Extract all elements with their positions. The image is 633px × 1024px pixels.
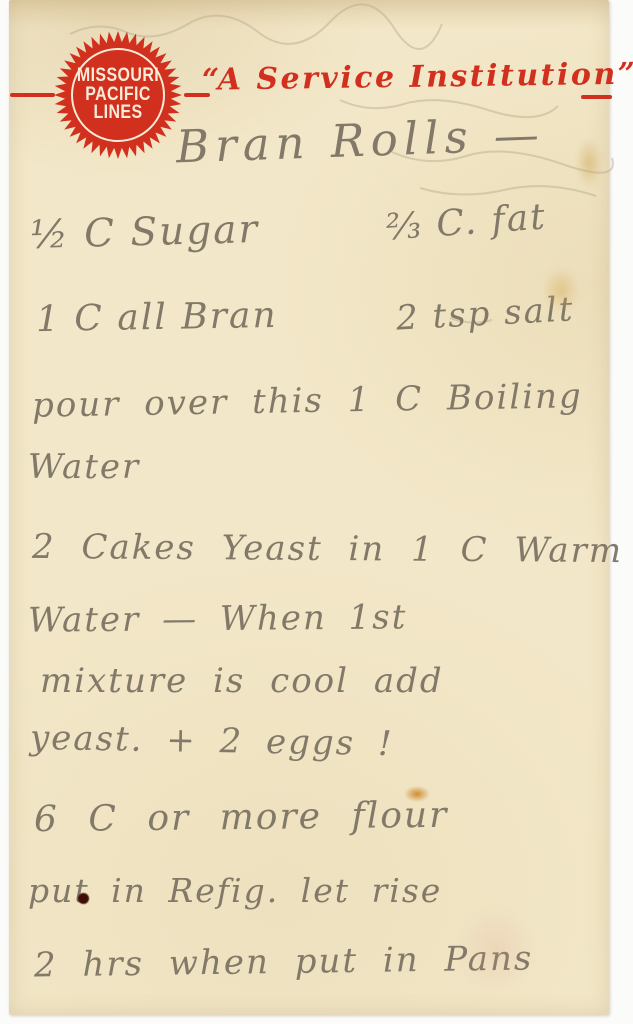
recipe-line-refig: put in Refig. let rise xyxy=(28,871,442,910)
logo-text: MISSOURI PACIFIC LINES xyxy=(74,43,161,147)
letterhead-rule-right xyxy=(581,95,612,99)
missouri-pacific-logo: MISSOURI PACIFIC LINES xyxy=(54,31,182,159)
recipe-line-bran: 1 C all Bran xyxy=(36,295,278,340)
scanned-recipe-card: { "letterhead": { "logo": { "line1": "MI… xyxy=(0,0,633,1024)
logo-disc: MISSOURI PACIFIC LINES xyxy=(66,43,170,147)
recipe-line-water1: Water xyxy=(28,447,140,487)
recipe-line-flour: 6 C or more flour xyxy=(34,795,449,840)
recipe-line-yeast: 2 Cakes Yeast in 1 C Warm xyxy=(32,527,623,571)
logo-line-3: LINES xyxy=(93,104,142,123)
recipe-line-mixture: mixture is cool add xyxy=(40,661,444,701)
recipe-line-eggs: yeast. + 2 eggs ! xyxy=(30,718,394,764)
recipe-line-water2: Water — When 1st xyxy=(28,597,408,640)
logo-line-1: MISSOURI xyxy=(77,67,159,86)
recipe-line-sugar: ½ C Sugar xyxy=(29,207,259,258)
letterhead-slogan: “A Service Institution” xyxy=(202,57,592,97)
letterhead-rule-left xyxy=(10,93,55,97)
recipe-line-pans: 2 hrs when put in Pans xyxy=(34,939,534,986)
